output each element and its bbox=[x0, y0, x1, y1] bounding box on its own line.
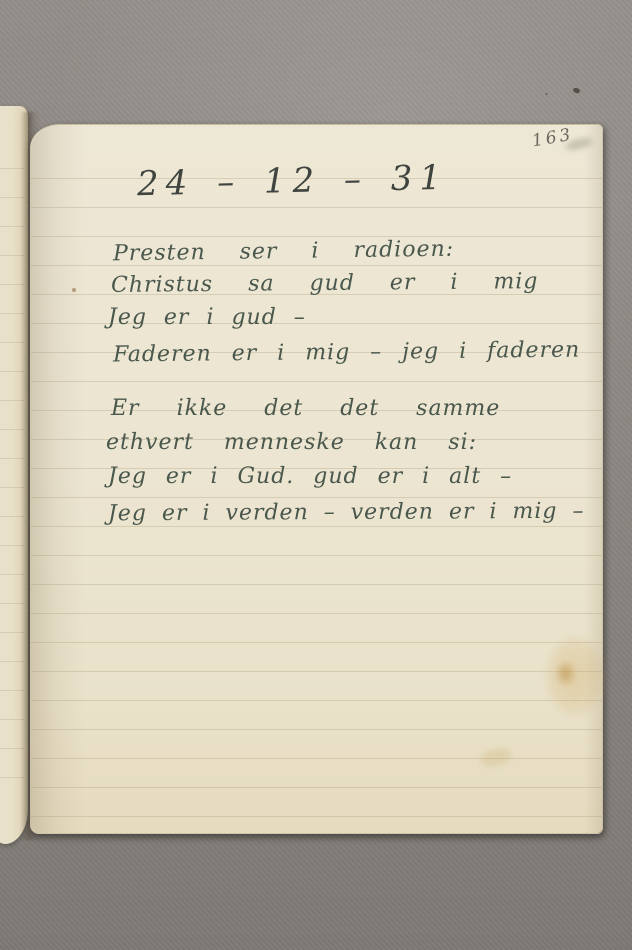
notebook-page: 163 24 – 12 – 31 Presten ser i radioen: … bbox=[30, 124, 603, 834]
manuscript-line: Presten ser i radioen: bbox=[113, 237, 454, 267]
paper-speck bbox=[72, 288, 76, 292]
photograph-backdrop: 163 24 – 12 – 31 Presten ser i radioen: … bbox=[0, 0, 632, 950]
felt-speck bbox=[572, 87, 580, 94]
manuscript-line: Er ikke det det samme bbox=[111, 396, 500, 421]
manuscript-line: Jeg er i Gud. gud er i alt – bbox=[108, 464, 512, 489]
felt-speck bbox=[545, 93, 548, 95]
paper-stain-core bbox=[554, 659, 577, 688]
manuscript-line: Jeg er i verden – verden er i mig – bbox=[108, 499, 585, 526]
date-heading: 24 – 12 – 31 bbox=[137, 158, 449, 205]
manuscript-line: Faderen er i mig – jeg i faderen bbox=[113, 338, 580, 368]
manuscript-line: Christus sa gud er i mig bbox=[111, 269, 539, 298]
manuscript-line: Jeg er i gud – bbox=[108, 305, 306, 330]
manuscript-line: ethvert menneske kan si: bbox=[106, 430, 477, 455]
